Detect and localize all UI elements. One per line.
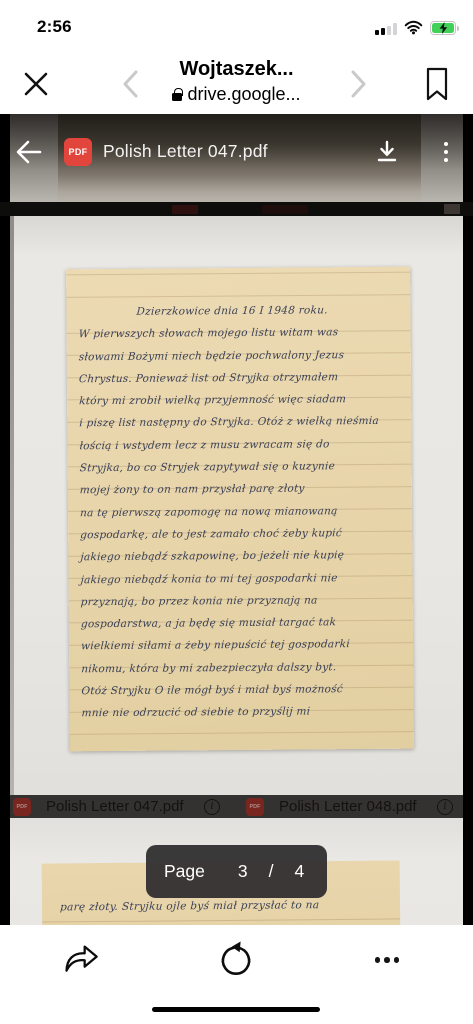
file-name: Polish Letter 047.pdf [46, 798, 192, 815]
status-bar: 2:56 [0, 0, 473, 54]
letter-line: Stryjka, bo co Stryjek zapytywał się o k… [79, 455, 406, 480]
letter-line: W pierwszych słowach mojego listu witam … [78, 321, 405, 346]
url-text: drive.google... [187, 82, 300, 106]
clock-time: 2:56 [37, 17, 72, 37]
lock-icon [172, 93, 182, 101]
charging-bolt-icon [438, 22, 449, 34]
page-title: Wojtaszek... [90, 56, 383, 82]
bottom-toolbar [0, 925, 473, 1024]
close-icon[interactable] [18, 66, 54, 102]
page-indicator-toast: Page 3 / 4 [146, 845, 327, 898]
pdf-filename: Polish Letter 047.pdf [103, 141, 268, 162]
letter-line: słowami Bożymi niech będzie pochwalony J… [78, 343, 405, 368]
page-title-block: Wojtaszek... drive.google... [90, 56, 383, 106]
file-list-item[interactable]: PDF Polish Letter 047.pdf i [13, 795, 220, 818]
file-list-item[interactable]: PDF Polish Letter 048.pdf i [246, 795, 453, 818]
letter-line: Otóż Stryjku O ile mógł byś i miał byś m… [81, 678, 408, 703]
status-icons [375, 20, 460, 35]
back-arrow-icon[interactable] [14, 138, 42, 166]
letter-line: mnie nie odrzucić od siebie to przyślij … [81, 700, 408, 725]
letter-line: nikomu, która by mi zabezpieczyła dalszy… [81, 655, 408, 680]
pdf-toolbar: PDF Polish Letter 047.pdf [0, 128, 473, 176]
letter-line: i piszę list następny do Stryjka. Otóż z… [79, 410, 406, 435]
battery-charging-icon [430, 21, 460, 35]
handwritten-letter-text: Dzierzkowice dnia 16 I 1948 roku. W pier… [78, 299, 407, 725]
page-indicator-separator: / [269, 861, 274, 882]
url-line: drive.google... [90, 82, 383, 106]
page-gap-band [0, 202, 473, 216]
next-page-handwriting-line: parę złoty. Stryjku ojle byś miał przysł… [60, 899, 320, 913]
reload-icon[interactable] [216, 940, 256, 980]
letter-line: jakiego niebądź szkapowinę, bo jeżeli ni… [80, 544, 407, 569]
wifi-icon [404, 20, 423, 35]
letter-line: jakiego niebądź konia to mi tej gospodar… [80, 566, 407, 591]
letter-line: gospodarstwa, a ja będę się musiał targa… [80, 611, 407, 636]
info-icon[interactable]: i [437, 799, 453, 815]
phone-screen: 2:56 [0, 0, 473, 1024]
page-indicator-label: Page [164, 861, 205, 882]
letter-line: wielkiemi siłami a żeby niepuścić tej go… [80, 633, 407, 658]
nav-forward-chevron-icon[interactable] [345, 68, 371, 100]
share-forward-icon[interactable] [62, 940, 102, 980]
letter-line: mojej żony to on nam przysłał parę złoty [79, 477, 406, 502]
letter-line: na tę pierwszą zapomogę na nową mianowan… [79, 499, 406, 524]
file-name: Polish Letter 048.pdf [279, 798, 425, 815]
letter-line: gospodarkę, ale to jest zamało choć żeby… [80, 522, 407, 547]
letter-line: łością i wstydem lecz z musu zwracam się… [79, 432, 406, 457]
letter-line: Chrystus. Ponieważ list od Stryjka otrzy… [78, 366, 405, 391]
letter-line: który mi zrobił wielką przyjemność więc … [78, 388, 405, 413]
page-indicator-total: 4 [294, 861, 304, 882]
pdf-file-icon: PDF [64, 138, 92, 166]
letter-paper: Dzierzkowice dnia 16 I 1948 roku. W pier… [66, 267, 414, 752]
browser-nav-bar: Wojtaszek... drive.google... [0, 54, 473, 114]
page-indicator-current: 3 [238, 861, 248, 882]
pdf-file-icon: PDF [13, 798, 31, 816]
drive-file-row-band: PDF Polish Letter 047.pdf i PDF Polish L… [10, 795, 463, 818]
info-icon[interactable]: i [204, 799, 220, 815]
download-icon[interactable] [372, 137, 402, 167]
overflow-menu-icon[interactable] [437, 137, 455, 167]
home-indicator[interactable] [152, 1007, 320, 1012]
cellular-signal-icon [375, 23, 397, 35]
bookmark-icon[interactable] [423, 66, 451, 102]
letter-line: przyznają, bo przez konia nie przyznają … [80, 589, 407, 614]
letter-line: Dzierzkowice dnia 16 I 1948 roku. [78, 299, 405, 324]
pdf-file-icon: PDF [246, 798, 264, 816]
pdf-viewer[interactable]: PDF Polish Letter 047.pdf Dzierzkowice d… [0, 114, 473, 925]
more-options-icon[interactable] [367, 940, 407, 980]
current-page-photo[interactable]: Dzierzkowice dnia 16 I 1948 roku. W pier… [10, 216, 463, 795]
